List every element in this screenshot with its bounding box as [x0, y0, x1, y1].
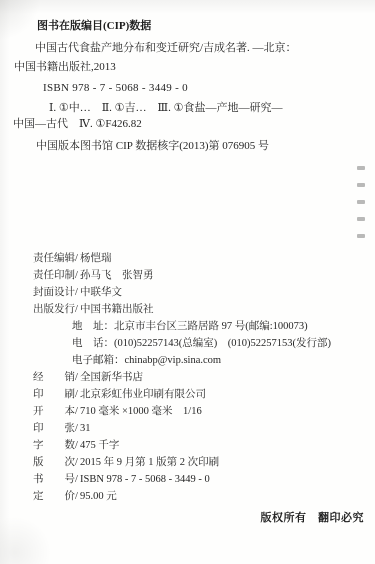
colophon-row-edition: 版 次/ 2015 年 9 月第 1 版第 2 次印刷 [33, 454, 363, 471]
colophon-row-label: 电子邮箱： [72, 352, 125, 369]
colophon-row-sheets: 印 张/ 31 [33, 420, 363, 437]
colophon-row-label: 责任编辑/ [33, 250, 80, 267]
colophon-row-label: 字 数/ [33, 437, 80, 454]
colophon-row-value: 中国书籍出版社 [80, 301, 363, 318]
colophon-row-label: 书 号/ [33, 471, 80, 488]
cip-classification-line-1: Ⅰ. ①中… Ⅱ. ①吉… Ⅲ. ①食盐—产地—研究— [49, 102, 283, 116]
colophon-row-label: 责任印制/ [33, 267, 80, 284]
cip-classification-line-2: 中国—古代 Ⅳ. ①F426.82 [13, 118, 142, 132]
colophon-row-email: 电子邮箱： chinabp@vip.sina.com [33, 352, 363, 369]
colophon-row-value: 95.00 元 [80, 488, 363, 505]
colophon-row-editor: 责任编辑/ 杨恺瑞 [33, 250, 363, 267]
colophon-row-label: 地 址： [72, 318, 114, 335]
colophon-row-word-count: 字 数/ 475 千字 [33, 437, 363, 454]
cip-header: 图书在版编目(CIP)数据 [37, 20, 151, 34]
colophon-row-label: 出版发行/ [33, 301, 80, 318]
colophon-row-phone: 电 话： (010)52257143(总编室) (010)52257153(发行… [33, 335, 363, 352]
colophon-row-distribution: 经 销/ 全国新华书店 [33, 369, 363, 386]
colophon-row-label: 印 张/ [33, 420, 80, 437]
colophon-row-cover-design: 封面设计/ 中联华文 [33, 284, 363, 301]
colophon-row-value: 孙马飞 张智勇 [80, 267, 363, 284]
colophon-row-value: chinabp@vip.sina.com [125, 352, 364, 369]
cip-isbn-line: ISBN 978 - 7 - 5068 - 3449 - 0 [43, 82, 188, 96]
colophon-row-print-supervisor: 责任印制/ 孙马飞 张智勇 [33, 267, 363, 284]
copyright-notice: 版权所有 翻印必究 [261, 509, 365, 525]
colophon-row-value: 710 毫米 ×1000 毫米 1/16 [80, 403, 363, 420]
scan-artifact-marks [357, 166, 367, 242]
colophon-row-value: 北京市丰台区三路居路 97 号(邮编:100073) [114, 318, 363, 335]
colophon-row-format: 开 本/ 710 毫米 ×1000 毫米 1/16 [33, 403, 363, 420]
colophon-row-label: 开 本/ [33, 403, 80, 420]
colophon-row-value: 31 [80, 420, 363, 437]
colophon-row-label: 定 价/ [33, 488, 80, 505]
colophon-block: 责任编辑/ 杨恺瑞 责任印制/ 孙马飞 张智勇 封面设计/ 中联华文 出版发行/… [33, 250, 363, 505]
colophon-row-value: 全国新华书店 [80, 369, 363, 386]
colophon-row-value: 475 千字 [80, 437, 363, 454]
colophon-row-value: 北京彩虹伟业印刷有限公司 [80, 386, 363, 403]
colophon-row-label: 经 销/ [33, 369, 80, 386]
colophon-row-isbn: 书 号/ ISBN 978 - 7 - 5068 - 3449 - 0 [33, 471, 363, 488]
colophon-row-value: (010)52257143(总编室) (010)52257153(发行部) [114, 335, 363, 352]
cip-title-line: 中国古代食盐产地分布和变迁研究/吉成名著. —北京： [35, 42, 297, 56]
colophon-row-value: 中联华文 [80, 284, 363, 301]
colophon-row-label: 印 刷/ [33, 386, 80, 403]
colophon-row-value: 2015 年 9 月第 1 版第 2 次印刷 [80, 454, 363, 471]
cip-publisher-line: 中国书籍出版社,2013 [14, 61, 116, 75]
colophon-row-label: 版 次/ [33, 454, 80, 471]
colophon-row-value: 杨恺瑞 [80, 250, 363, 267]
cip-record-number-line: 中国版本图书馆 CIP 数据核字(2013)第 076905 号 [36, 140, 269, 154]
colophon-row-label: 电 话： [72, 335, 114, 352]
colophon-row-value: ISBN 978 - 7 - 5068 - 3449 - 0 [80, 471, 363, 488]
book-copyright-page: 图书在版编目(CIP)数据 中国古代食盐产地分布和变迁研究/吉成名著. —北京：… [0, 0, 375, 564]
colophon-row-price: 定 价/ 95.00 元 [33, 488, 363, 505]
colophon-row-address: 地 址： 北京市丰台区三路居路 97 号(邮编:100073) [33, 318, 363, 335]
colophon-row-printing-company: 印 刷/ 北京彩虹伟业印刷有限公司 [33, 386, 363, 403]
colophon-row-publisher: 出版发行/ 中国书籍出版社 [33, 301, 363, 318]
colophon-row-label: 封面设计/ [33, 284, 80, 301]
